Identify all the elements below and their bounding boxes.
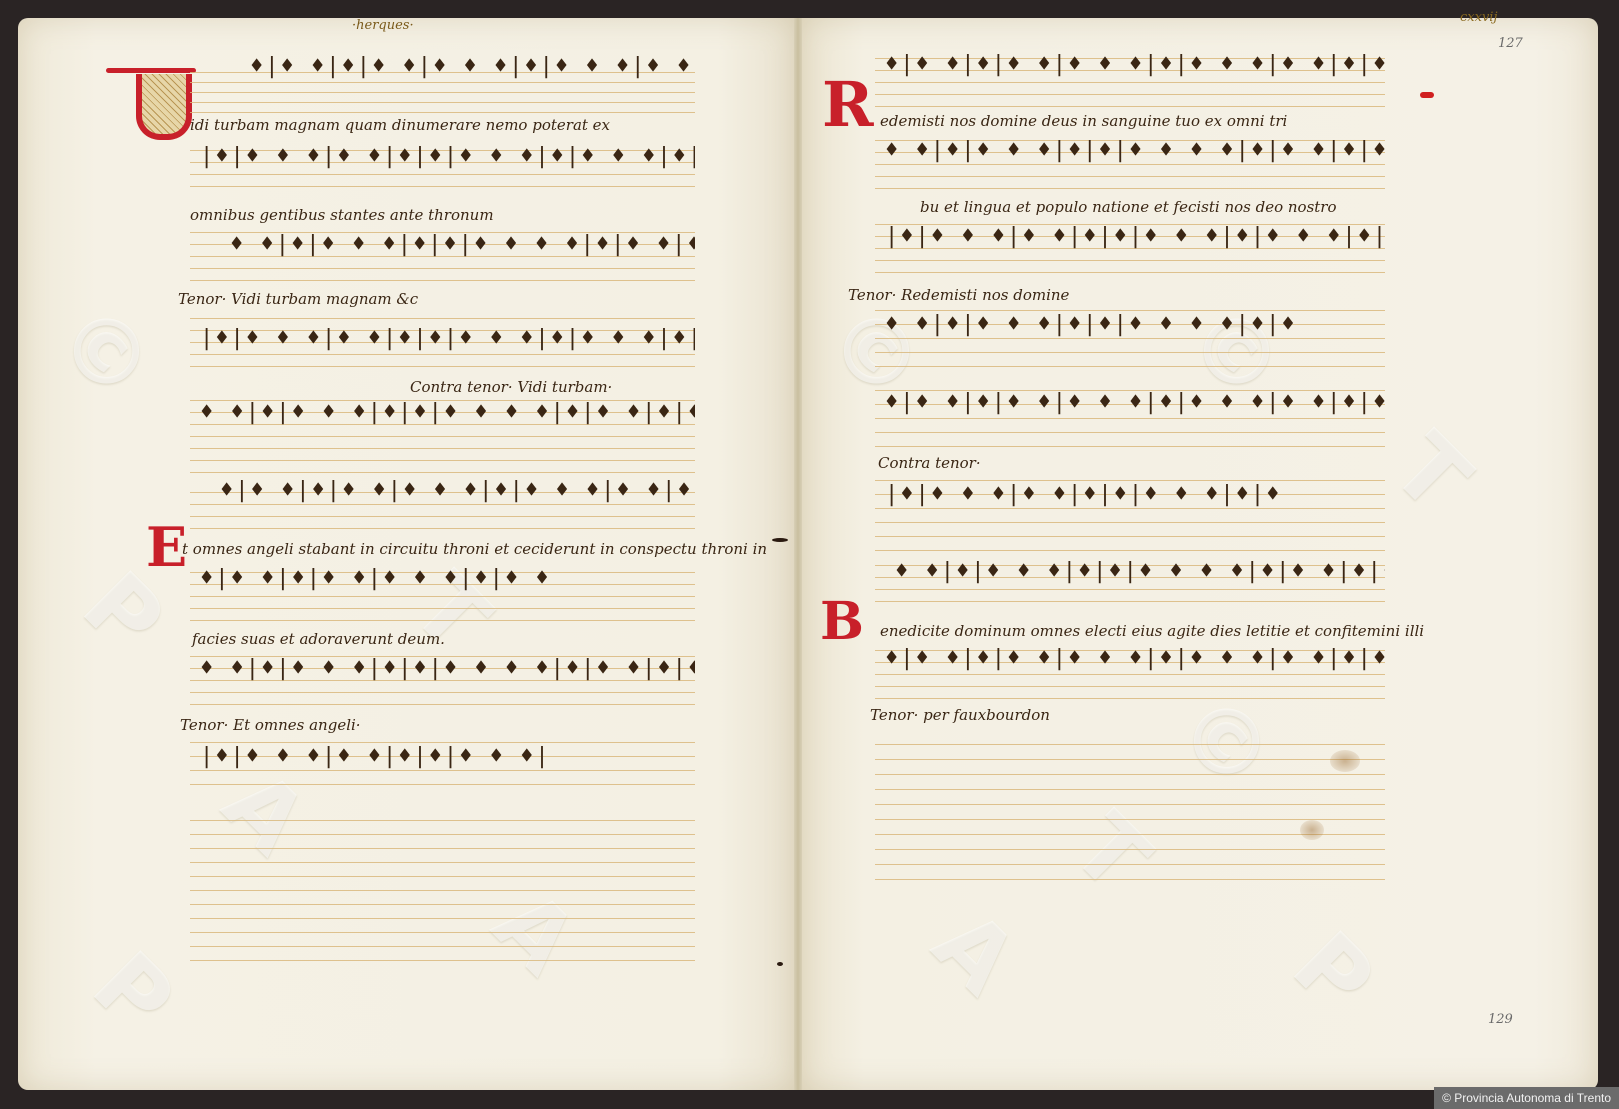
voice-label-contratenor: Contra tenor·	[878, 454, 981, 472]
voice-label-tenor: Tenor· Redemisti nos domine	[848, 286, 1069, 304]
mensural-notes: ♦ ♦|♦|♦ ♦ ♦|♦|♦|♦ ♦ ♦ ♦|♦|♦ ♦|♦|♦ ♦ ♦|♦|…	[895, 559, 1385, 619]
illuminated-initial-v	[130, 66, 186, 138]
lyric-line: omnibus gentibus stantes ante thronum	[190, 206, 494, 224]
mensural-notes: ♦|♦ ♦|♦|♦ ♦|♦ ♦ ♦|♦|♦ ♦ ♦|♦ ♦|♦|♦|♦ ♦ ♦|…	[885, 646, 1385, 706]
voice-label-tenor: Tenor· Et omnes angeli·	[180, 716, 361, 734]
folio-roman-numeral: cxxvij	[1460, 10, 1497, 25]
illuminated-initial-e: E	[146, 520, 187, 574]
mensural-notes: ♦ ♦|♦|♦ ♦ ♦|♦|♦|♦ ♦ ♦ ♦|♦|♦ ♦|♦|♦ ♦ ♦|♦|…	[200, 400, 695, 460]
copyright-notice: © Provincia Autonoma di Trento	[1434, 1087, 1619, 1109]
binding-thread-mark	[777, 962, 783, 966]
mensural-notes: ♦|♦ ♦|♦|♦ ♦|♦ ♦ ♦|♦|♦ ♦ ♦|♦ ♦|♦|♦|♦ ♦ ♦|…	[220, 478, 695, 538]
mensural-notes: |♦|♦ ♦ ♦|♦ ♦|♦|♦|♦ ♦ ♦|♦|♦ ♦ ♦|♦|♦|♦ ♦|	[885, 482, 1295, 542]
folio-number-bottom: 129	[1488, 1012, 1513, 1027]
mensural-notes: |♦|♦ ♦ ♦|♦ ♦|♦|♦|♦ ♦ ♦|♦|♦ ♦ ♦|♦|♦|♦ ♦|	[200, 744, 545, 804]
mensural-notes: |♦|♦ ♦ ♦|♦ ♦|♦|♦|♦ ♦ ♦|♦|♦ ♦ ♦|♦|♦|♦ ♦|	[885, 224, 1385, 284]
lyric-line: bu et lingua et populo natione et fecist…	[920, 198, 1337, 216]
mensural-notes: ♦ ♦|♦|♦ ♦ ♦|♦|♦|♦ ♦ ♦ ♦|♦|♦ ♦|♦|♦ ♦ ♦|♦|…	[885, 312, 1295, 372]
voice-label-contratenor: Contra tenor· Vidi turbam·	[410, 378, 612, 396]
mensural-notes: ♦|♦ ♦|♦|♦ ♦|♦ ♦ ♦|♦|♦ ♦ ♦|♦ ♦|♦|♦|♦ ♦ ♦|…	[250, 54, 695, 114]
illuminated-initial-r: R	[822, 74, 874, 136]
mensural-notes: ♦ ♦|♦|♦ ♦ ♦|♦|♦|♦ ♦ ♦ ♦|♦|♦ ♦|♦|♦ ♦ ♦|♦|…	[230, 232, 695, 292]
mensural-notes: ♦|♦ ♦|♦|♦ ♦|♦ ♦ ♦|♦|♦ ♦ ♦|♦ ♦|♦|♦|♦ ♦ ♦|…	[200, 566, 555, 626]
illuminated-initial-b: B	[820, 596, 864, 648]
mensural-notes: ♦|♦ ♦|♦|♦ ♦|♦ ♦ ♦|♦|♦ ♦ ♦|♦ ♦|♦|♦|♦ ♦ ♦|…	[885, 390, 1385, 450]
lyric-line: t omnes angeli stabant in circuitu thron…	[182, 540, 767, 558]
mensural-notes: |♦|♦ ♦ ♦|♦ ♦|♦|♦|♦ ♦ ♦|♦|♦ ♦ ♦|♦|♦|♦ ♦|	[200, 326, 695, 386]
binding-thread-mark	[772, 538, 788, 542]
lyric-line: facies suas et adoraverunt deum.	[192, 630, 445, 648]
lyric-line: idi turbam magnam quam dinumerare nemo p…	[190, 116, 610, 134]
voice-label-tenor: Tenor· per fauxbourdon	[870, 706, 1050, 724]
folio-number-top: 127	[1498, 36, 1523, 51]
red-ink-mark	[1420, 92, 1434, 98]
voice-label-tenor: Tenor· Vidi turbam magnam &c	[178, 290, 418, 308]
lyric-line: edemisti nos domine deus in sanguine tuo…	[880, 112, 1287, 130]
ink-stain	[1330, 750, 1360, 772]
mensural-notes: ♦|♦ ♦|♦|♦ ♦|♦ ♦ ♦|♦|♦ ♦ ♦|♦ ♦|♦|♦|♦ ♦ ♦|…	[885, 52, 1385, 112]
ink-stain	[1300, 820, 1324, 840]
binding-gutter	[794, 18, 802, 1090]
running-heading: ·herques·	[352, 18, 414, 33]
mensural-notes: ♦ ♦|♦|♦ ♦ ♦|♦|♦|♦ ♦ ♦ ♦|♦|♦ ♦|♦|♦ ♦ ♦|♦|…	[200, 656, 695, 716]
mensural-notes: ♦ ♦|♦|♦ ♦ ♦|♦|♦|♦ ♦ ♦ ♦|♦|♦ ♦|♦|♦ ♦ ♦|♦|…	[885, 138, 1385, 198]
mensural-notes: |♦|♦ ♦ ♦|♦ ♦|♦|♦|♦ ♦ ♦|♦|♦ ♦ ♦|♦|♦|♦ ♦|	[200, 144, 695, 204]
lyric-line: enedicite dominum omnes electi eius agit…	[880, 622, 1424, 640]
